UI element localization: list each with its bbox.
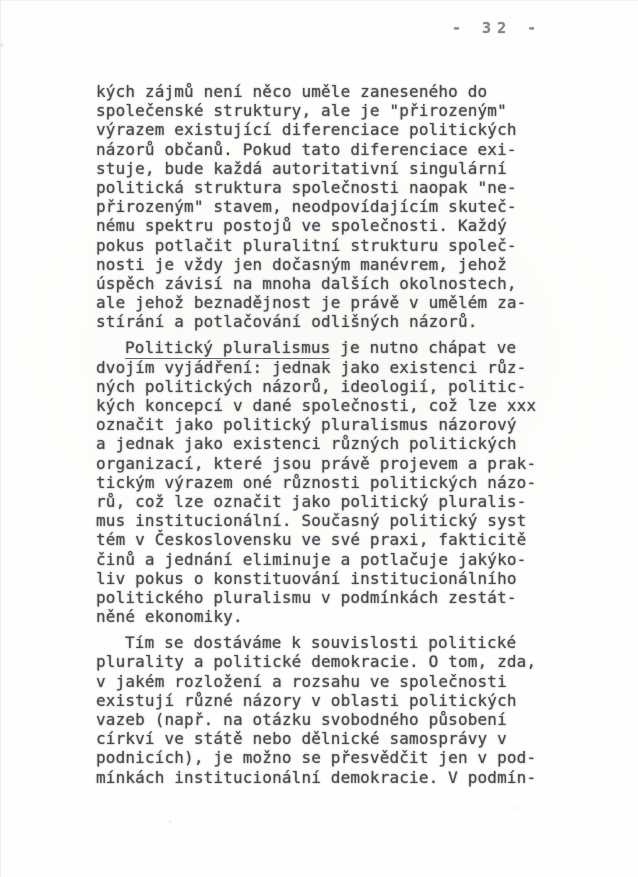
underlined-phrase: Politický pluralismus [125,338,330,359]
text-line: něné ekonomiky. [96,607,566,626]
text-line: stírání a potlačování odlišných názorů. [96,312,566,331]
paragraph: Politický pluralismus je nutno chápat ve… [96,338,566,626]
text-line: existují různé názory v oblasti politick… [96,691,566,710]
text-line: podnicích), je možno se přesvědčit jen v… [96,748,566,767]
document-page: - 32 - kých zájmů není něco uměle zanese… [0,0,638,877]
text-line: společenské struktury, ale je "přirozený… [96,101,566,120]
page-number: - 32 - [452,19,572,37]
text-line: názorů občanů. Pokud tato diferenciace e… [96,140,566,159]
text-line: Tím se dostáváme k souvislosti politické [96,633,566,652]
text-line: politického pluralismu v podmínkách zest… [96,588,566,607]
text-line: rů, což lze označit jako politický plura… [96,492,566,511]
text-line: označit jako politický pluralismus názor… [96,415,566,434]
text-line: mínkách institucionální demokracie. V po… [96,768,566,787]
text-line: a jednak jako existenci různých politick… [96,434,566,453]
text-line: úspěch závisí na mnoha dalších okolnoste… [96,274,566,293]
text-line: politická struktura společnosti naopak "… [96,178,566,197]
text-line: nosti je vždy jen dočasným manévrem, jeh… [96,255,566,274]
text-line: mus institucionální. Současný politický … [96,511,566,530]
text-line: pokus potlačit pluralitní strukturu spol… [96,236,566,255]
text-line: organizací, které jsou právě projevem a … [96,454,566,473]
text-line: ale jehož beznadějnost je právě v umělém… [96,293,566,312]
text-line: v jakém rozložení a rozsahu ve společnos… [96,672,566,691]
text-line: výrazem existující diferenciace politick… [96,120,566,139]
text-line: vazeb (např. na otázku svobodného působe… [96,710,566,729]
text-line: tém v Československu ve své praxi, fakti… [96,530,566,549]
text-line: stuje, bude každá autoritativní singulár… [96,159,566,178]
paragraph: kých zájmů není něco uměle zaneseného do… [96,82,566,331]
text-line: kých zájmů není něco uměle zaneseného do [96,82,566,101]
text-line: liv pokus o konstituování institucionáln… [96,569,566,588]
paragraph: Tím se dostáváme k souvislosti politické… [96,633,566,787]
text-line: církví ve státě nebo dělnické samosprávy… [96,729,566,748]
text-line: plurality a politické demokracie. O tom,… [96,652,566,671]
text-line: kých koncepcí v dané společnosti, což lz… [96,396,566,415]
text-line: činů a jednání eliminuje a potlačuje jak… [96,550,566,569]
text-line: přirozeným" stavem, neodpovídajícím skut… [96,197,566,216]
text-line: tickým výrazem oné různosti politických … [96,473,566,492]
text-line: Politický pluralismus je nutno chápat ve [96,338,566,357]
text-line: ných politických názorů, ideologií, poli… [96,377,566,396]
text-line: dvojím vyjádření: jednak jako existenci … [96,358,566,377]
text-line: nému spektru postojů ve společnosti. Kaž… [96,216,566,235]
text-block: kých zájmů není něco uměle zaneseného do… [96,82,566,787]
